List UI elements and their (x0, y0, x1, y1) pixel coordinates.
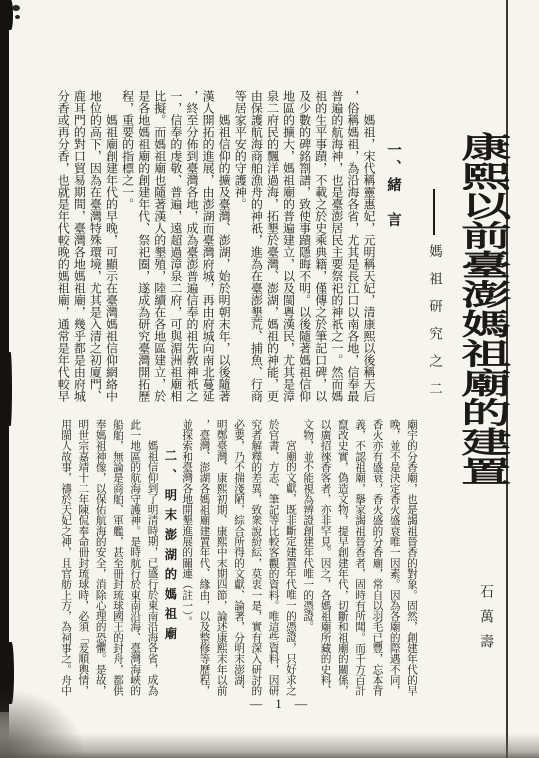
section-2-heading: 二、明末澎湖的媽祖廟 (161, 419, 178, 696)
body-paragraph: 媽祖信仰到了明清時期，已盛行於東南沿海各省，成為此一地區的航海守護神。是時航行於… (57, 419, 161, 696)
body-paragraph: 宮廟的文獻，既非斷定建置年代唯一的憑證，只好求之於官書、方志、筆記等比較客觀的資… (178, 419, 299, 696)
body-paragraph: 廟宇的分香廟，也是謁祖晉香的對象。固然，創建年代的早晚，並不是決定香火盛衰唯一因… (299, 419, 420, 696)
scan-edge-left (0, 0, 9, 712)
scan-speck (12, 5, 20, 11)
page-number: — 1 — (226, 697, 336, 712)
author-name: 石萬壽 (472, 584, 498, 674)
scan-speck (15, 15, 20, 19)
body-text-band-lower: 廟宇的分香廟，也是謁祖晉香的對象。固然，創建年代的早晚，並不是決定香火盛衰唯一因… (55, 419, 420, 696)
section-1-heading: 一、緒 言 (382, 142, 404, 252)
body-paragraph: 媽祖信仰的擴及臺灣、澎湖，始於明朝末年，以後隨著漢人開拓的進展，由澎湖而臺灣府城… (120, 90, 233, 403)
body-text-band-upper: 媽祖，宋代稱靈惠妃，元明稱天妃，清康熙以後稱天后，俗稱媽祖，為沿海各省，尤其是長… (55, 90, 377, 403)
article-subtitle: 媽祖研究之二 (420, 189, 448, 409)
body-paragraph: 媽祖廟創建年代的早晚，可顯示在臺灣媽祖信仰網絡中地位的高下，因為在臺灣特殊環境，… (55, 90, 119, 403)
body-paragraph: 媽祖，宋代稱靈惠妃，元明稱天妃，清康熙以後稱天后，俗稱媽祖，為沿海各省，尤其是長… (232, 90, 377, 403)
scan-edge-blob (9, 352, 12, 426)
scanned-page: 康熙以前臺澎媽祖廟的建置 媽祖研究之二 一、緒 言 石萬壽 媽祖，宋代稱靈惠妃，… (0, 0, 539, 758)
scan-shadow-bottom (0, 733, 539, 758)
subtitle-text: 媽祖研究之二 (420, 244, 448, 409)
subtitle-dash-rule (433, 189, 436, 235)
scan-edge-blob (9, 0, 13, 30)
